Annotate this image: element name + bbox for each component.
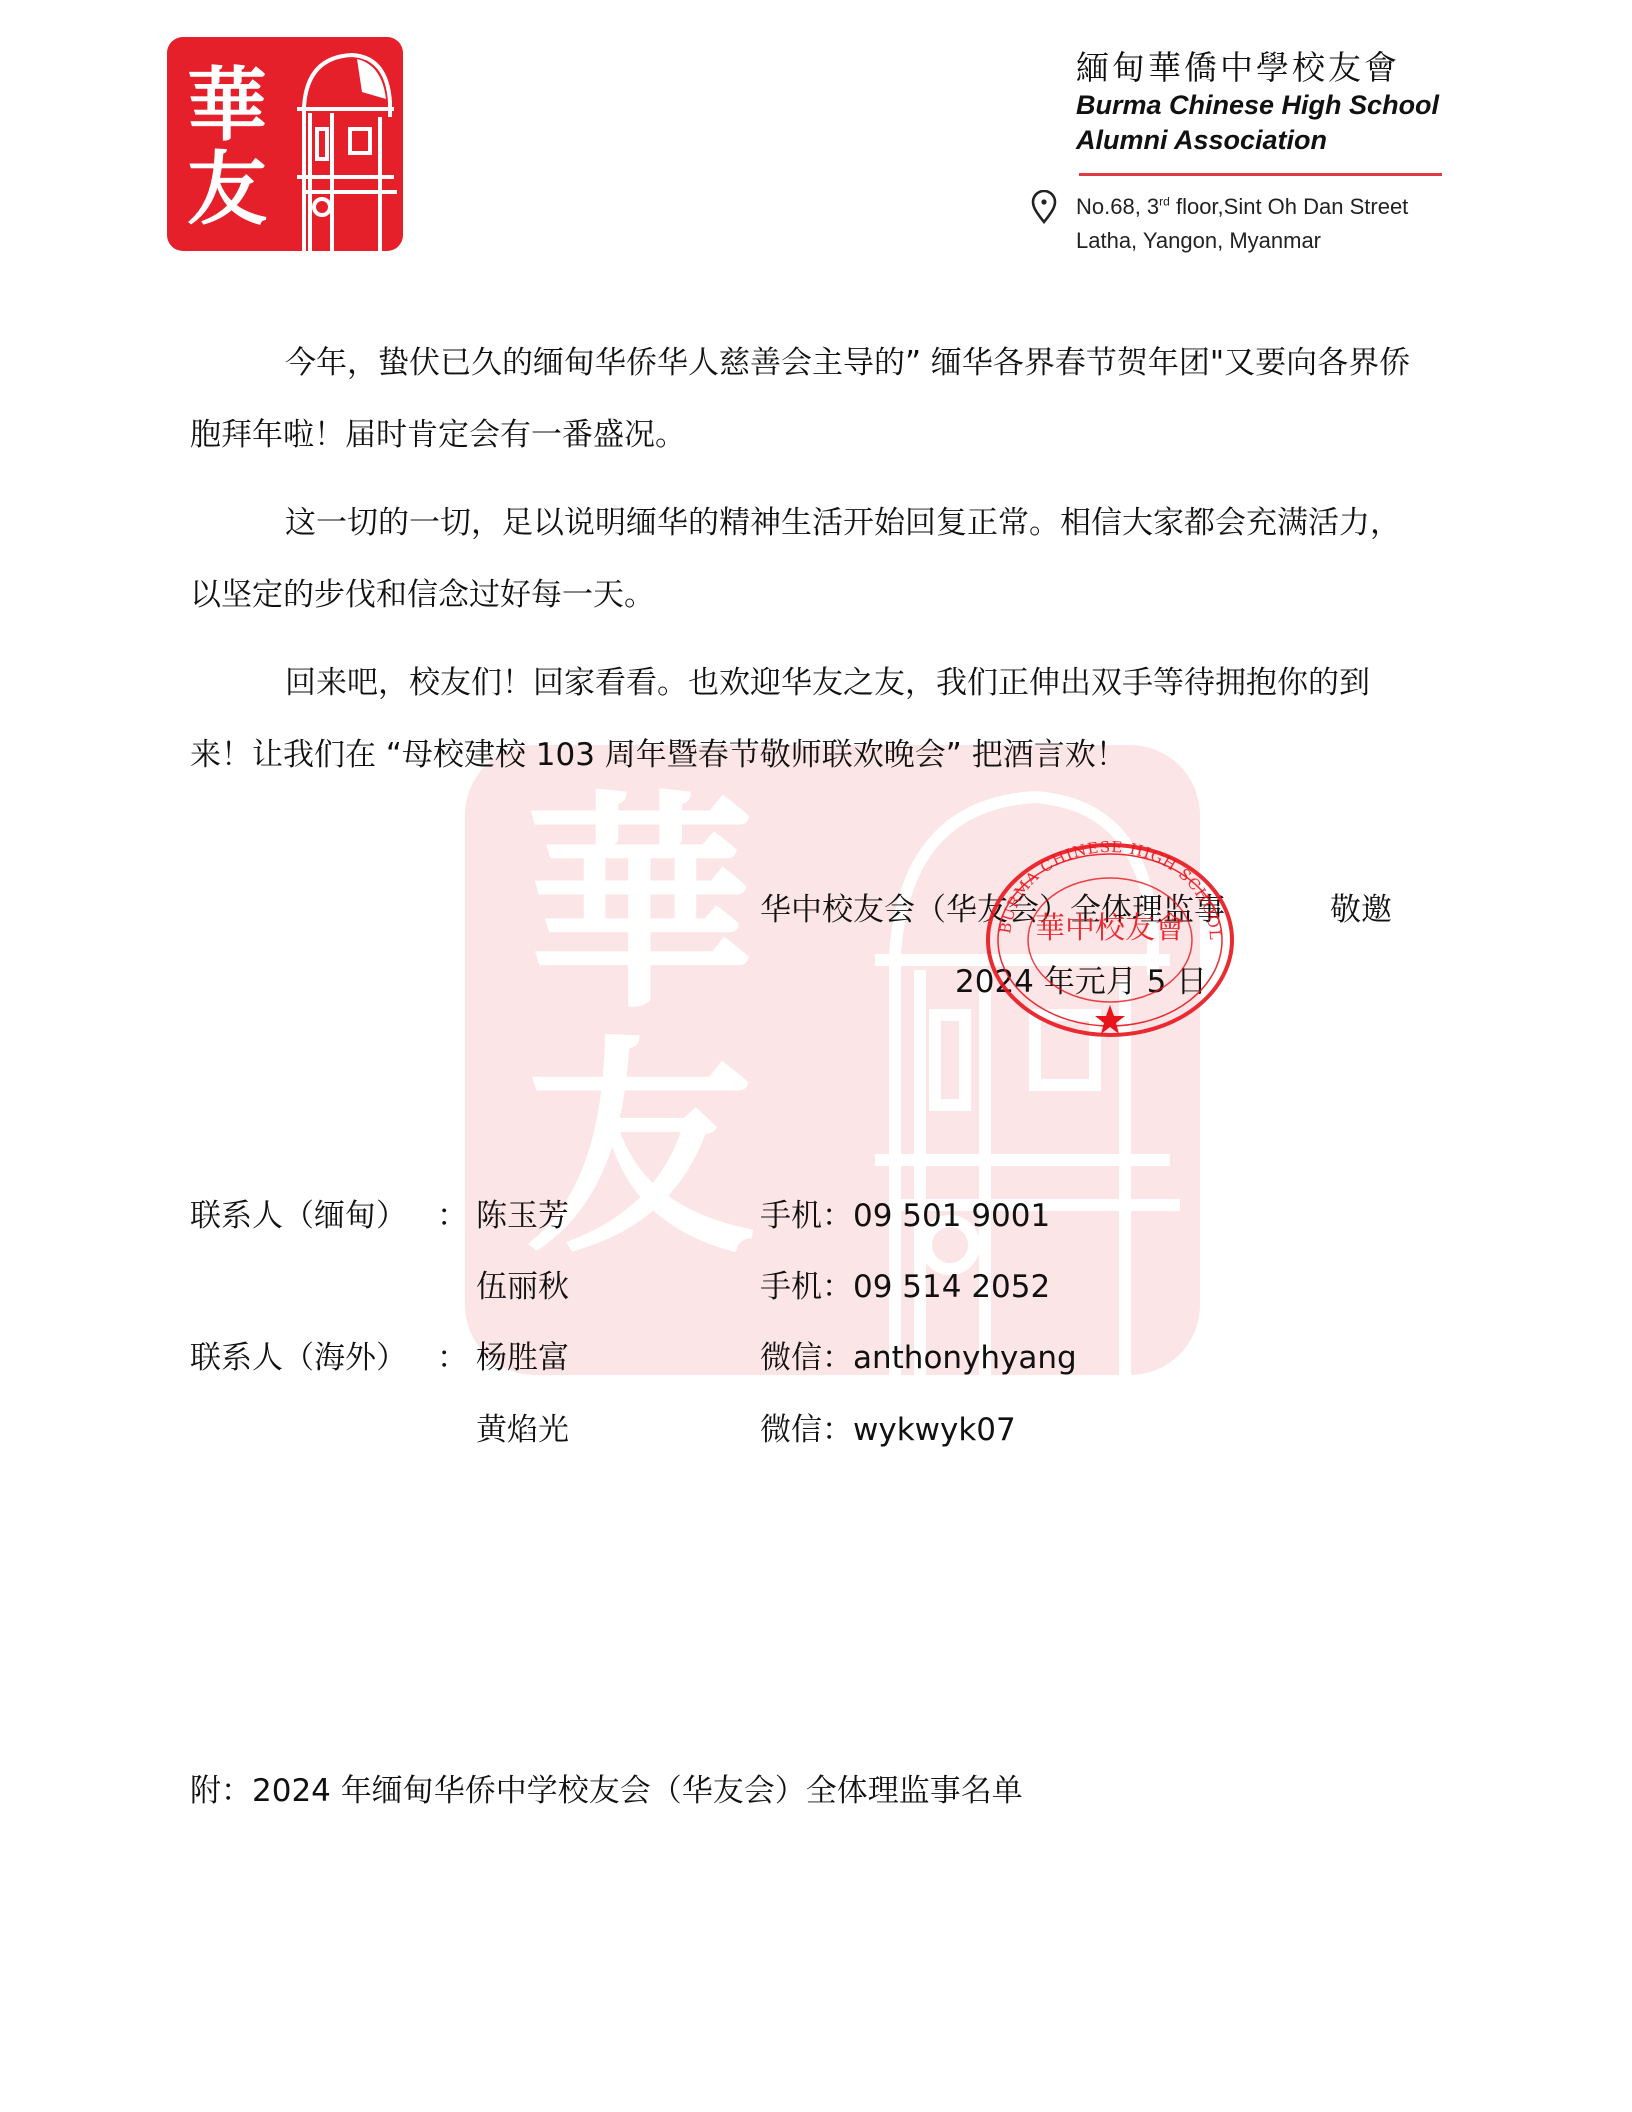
address-line2: Latha, Yangon, Myanmar xyxy=(1076,228,1321,254)
paragraph-1: 今年，蛰伏已久的缅甸华侨华人慈善会主导的” 缅华各界春节贺年团"又要向各界侨胞拜… xyxy=(190,327,1430,471)
contact-name: 陈玉芳 xyxy=(476,1190,569,1235)
location-pin-icon xyxy=(1030,190,1058,224)
contact-name: 伍丽秋 xyxy=(476,1261,569,1306)
contact-colon: ： xyxy=(437,1332,468,1377)
association-logo: 華 友 xyxy=(167,37,403,251)
official-seal-icon: BURMA CHINESE HIGH SCHOOL ALUMNI ASSOCIA… xyxy=(980,840,1240,1040)
paragraph-2: 这一切的一切，足以说明缅华的精神生活开始回复正常。相信大家都会充满活力，以坚定的… xyxy=(190,487,1430,631)
contact-wechat: 微信：anthonyhyang xyxy=(760,1332,1077,1377)
logo-char-hua: 華 xyxy=(187,65,267,145)
svg-text:華中校友會: 華中校友會 xyxy=(1035,911,1185,946)
contact-phone: 手机：09 514 2052 xyxy=(760,1261,1050,1306)
paragraph-3: 回来吧，校友们！回家看看。也欢迎华友之友，我们正伸出双手等待拥抱你的到来！让我们… xyxy=(190,647,1430,791)
org-name-english-line2: Alumni Association xyxy=(1076,125,1327,156)
org-name-chinese: 緬甸華僑中學校友會 xyxy=(1076,42,1400,89)
contact-wechat: 微信：wykwyk07 xyxy=(760,1404,1016,1449)
contact-label-overseas: 联系人（海外） xyxy=(190,1332,407,1377)
address-line1: No.68, 3rd floor,Sint Oh Dan Street xyxy=(1076,194,1408,220)
org-name-english-line1: Burma Chinese High School xyxy=(1076,90,1439,121)
contact-name: 杨胜富 xyxy=(476,1332,569,1377)
signature-closing: 敬邀 xyxy=(1330,884,1392,929)
appendix-note: 附：2024 年缅甸华侨中学校友会（华友会）全体理监事名单 xyxy=(190,1765,1023,1810)
logo-char-you: 友 xyxy=(187,149,267,229)
contact-colon: ： xyxy=(437,1190,468,1235)
watermark-char-hua: 華 xyxy=(525,790,755,1020)
contact-phone: 手机：09 501 9001 xyxy=(760,1190,1050,1235)
contact-label-myanmar: 联系人（缅甸） xyxy=(190,1190,407,1235)
clock-tower-icon xyxy=(282,47,402,251)
header-divider xyxy=(1079,173,1442,176)
contact-name: 黄焰光 xyxy=(476,1404,569,1449)
